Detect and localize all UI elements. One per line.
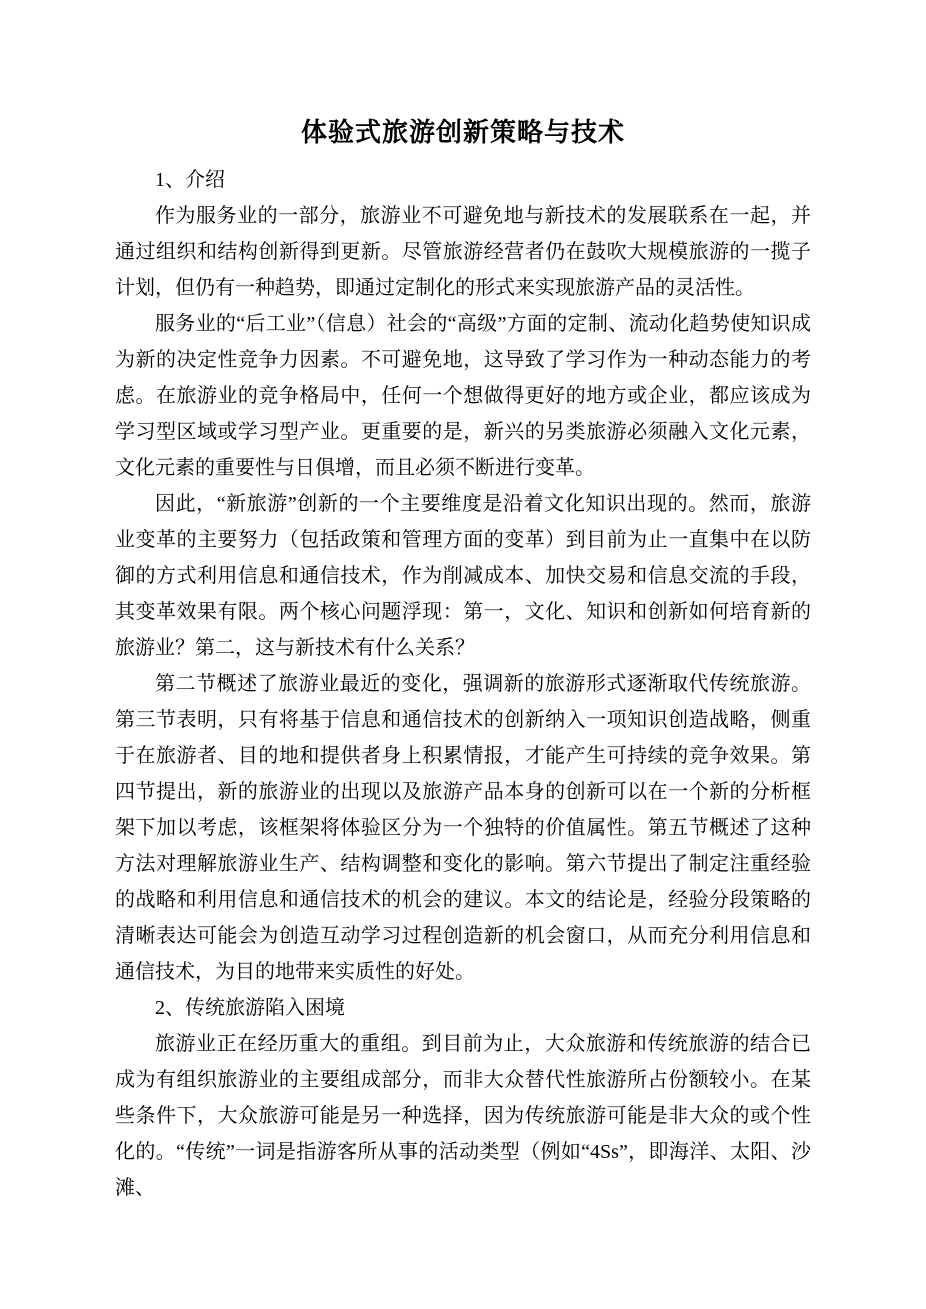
document-title: 体验式旅游创新策略与技术 <box>115 112 811 152</box>
section-1-paragraph-3: 因此，“新旅游”创新的一个主要维度是沿着文化知识出现的。然而，旅游业变革的主要努… <box>115 486 811 666</box>
section-1-paragraph-2: 服务业的“后工业”（信息）社会的“高级”方面的定制、流动化趋势使知识成为新的决定… <box>115 306 811 486</box>
section-1-paragraph-4: 第二节概述了旅游业最近的变化，强调新的旅游形式逐渐取代传统旅游。第三节表明，只有… <box>115 666 811 990</box>
section-1-heading: 1、介绍 <box>115 162 811 198</box>
section-2-paragraph-1: 旅游业正在经历重大的重组。到目前为止，大众旅游和传统旅游的结合已成为有组织旅游业… <box>115 1026 811 1206</box>
section-2-heading: 2、传统旅游陷入困境 <box>115 990 811 1026</box>
section-1-paragraph-1: 作为服务业的一部分，旅游业不可避免地与新技术的发展联系在一起，并通过组织和结构创… <box>115 198 811 306</box>
document-page: 体验式旅游创新策略与技术 1、介绍 作为服务业的一部分，旅游业不可避免地与新技术… <box>0 0 926 1309</box>
